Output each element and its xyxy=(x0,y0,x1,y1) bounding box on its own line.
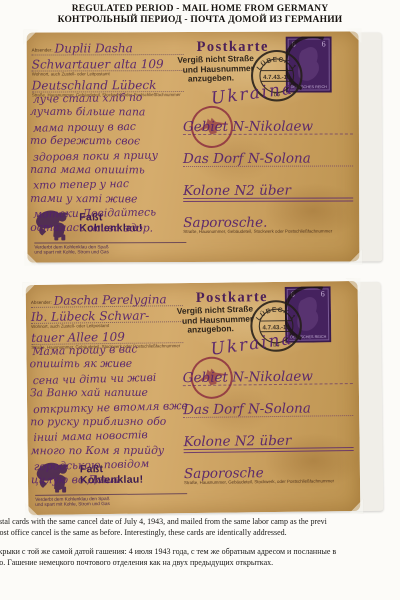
caption-line: но. Гашение немецкого почтового отделени… xyxy=(0,558,400,569)
sender-line: Absender: Dascha Perelygina xyxy=(31,290,183,308)
sender-street: Ib. Lübeck Schwar- xyxy=(31,310,149,323)
message-line: цилую во Даша xyxy=(31,472,201,487)
sender-street: Schwartauer alta 109 xyxy=(32,58,164,70)
message-line: осталась жива здор. xyxy=(30,220,200,235)
postcard-2: Absender: Dascha Perelygina Ib. Lübeck S… xyxy=(26,281,361,515)
address-line: Das Dorf N-Solona xyxy=(183,152,311,166)
mount-corner xyxy=(348,499,363,514)
sender-name: Duplii Dasha xyxy=(55,42,133,54)
address-row: Gebiet N-Nikolaew xyxy=(183,359,353,386)
message-line: то бережить своє xyxy=(30,134,200,149)
overprint-line: anzugeben. xyxy=(178,73,255,84)
message-line: мотоки Довідайтесь xyxy=(30,205,200,222)
address-row: Gebiet N-Nikolaew xyxy=(183,109,353,135)
postcard-1: Absender: Duplii Dasha Schwartauer alta … xyxy=(27,31,360,262)
postmark-town: LÜBECK 1 xyxy=(256,56,298,72)
address-line: Gebiet N-Nikolaew xyxy=(183,120,313,134)
sender-name: Dascha Perelygina xyxy=(54,293,167,306)
caption-english: ostal cards with the same cancel date of… xyxy=(0,517,400,538)
svg-text:LÜBECK 1: LÜBECK 1 xyxy=(256,56,298,72)
stamp-value: 6 xyxy=(322,40,326,49)
sender-line: Schwartauer alta 109 xyxy=(32,55,184,72)
address-line: Gebiet N-Nikolaew xyxy=(183,370,313,386)
address-line: Saporosche. xyxy=(183,216,267,230)
cachet-small-text: und spart mit Kohle, Strom und Gas xyxy=(35,500,187,507)
overprint-stamp: Vergiß nicht Straße und Hausnummer anzug… xyxy=(177,54,254,85)
stamp-value: 6 xyxy=(321,289,325,298)
address-line: Kolone N2 über xyxy=(183,434,291,449)
sender-line: Ib. Lübeck Schwar- xyxy=(31,306,183,324)
handwritten-message: Мама прошу в вас опишіть як живе сена чи… xyxy=(29,342,201,488)
sender-city: Deutschland Lübeck xyxy=(32,79,157,91)
sender-city: tauer Allee 109 xyxy=(31,331,125,344)
overprint-line: anzugebon. xyxy=(177,324,254,336)
caption-russian: ткрыки с той же самой датой гашения: 4 и… xyxy=(0,547,400,568)
postmark-town: LÜBECK 1 xyxy=(255,306,297,322)
cachet-small-text: und spart mit Kohle, Strom und Gas xyxy=(34,249,186,255)
caption-line: ткрыки с той же самой датой гашения: 4 и… xyxy=(0,547,400,558)
address-block: Gebiet N-Nikolaew Das Dorf N-Solona Kolo… xyxy=(183,109,353,110)
absender-label: Absender: xyxy=(32,47,53,54)
page-title: REGULATED PERIOD - MAIL HOME FROM GERMAN… xyxy=(0,4,400,26)
overprint-stamp: Vergiß nicht Straße und Hausnummer anzug… xyxy=(177,304,254,335)
sender-block: Absender: Duplii Dasha Schwartauer alta … xyxy=(32,39,184,98)
page-title-en: REGULATED PERIOD - MAIL HOME FROM GERMAN… xyxy=(0,4,400,15)
caption-line: ostal cards with the same cancel date of… xyxy=(0,517,400,528)
caption-line: Post office cancel is the same as before… xyxy=(0,528,400,539)
address-row: Kolone N2 über xyxy=(183,423,353,453)
address-row: Das Dorf N-Solona xyxy=(183,141,353,167)
exhibit-caption: ostal cards with the same cancel date of… xyxy=(0,517,400,568)
mount-corner xyxy=(347,249,362,264)
handwritten-message: луче стали хліб по лучать більше папа ма… xyxy=(30,91,201,236)
address-row: Saporosche. xyxy=(183,205,353,230)
absender-label: Absender: xyxy=(31,300,52,307)
address-line: Kolone N2 über xyxy=(183,184,291,198)
sender-line: Absender: Duplii Dasha xyxy=(32,39,184,56)
address-line: Saporosche xyxy=(184,466,264,481)
address-row: Kolone N2 über xyxy=(183,173,353,202)
address-row: Saporosche xyxy=(184,455,354,481)
page-title-ru: КОНТРОЛЬНЫЙ ПЕРИОД - ПОЧТА ДОМОЙ ИЗ ГЕРМ… xyxy=(0,15,400,26)
svg-text:LÜBECK 1: LÜBECK 1 xyxy=(255,306,297,322)
address-line: Das Dorf N-Solona xyxy=(183,402,311,418)
address-row: Das Dorf N-Solona xyxy=(183,391,353,418)
